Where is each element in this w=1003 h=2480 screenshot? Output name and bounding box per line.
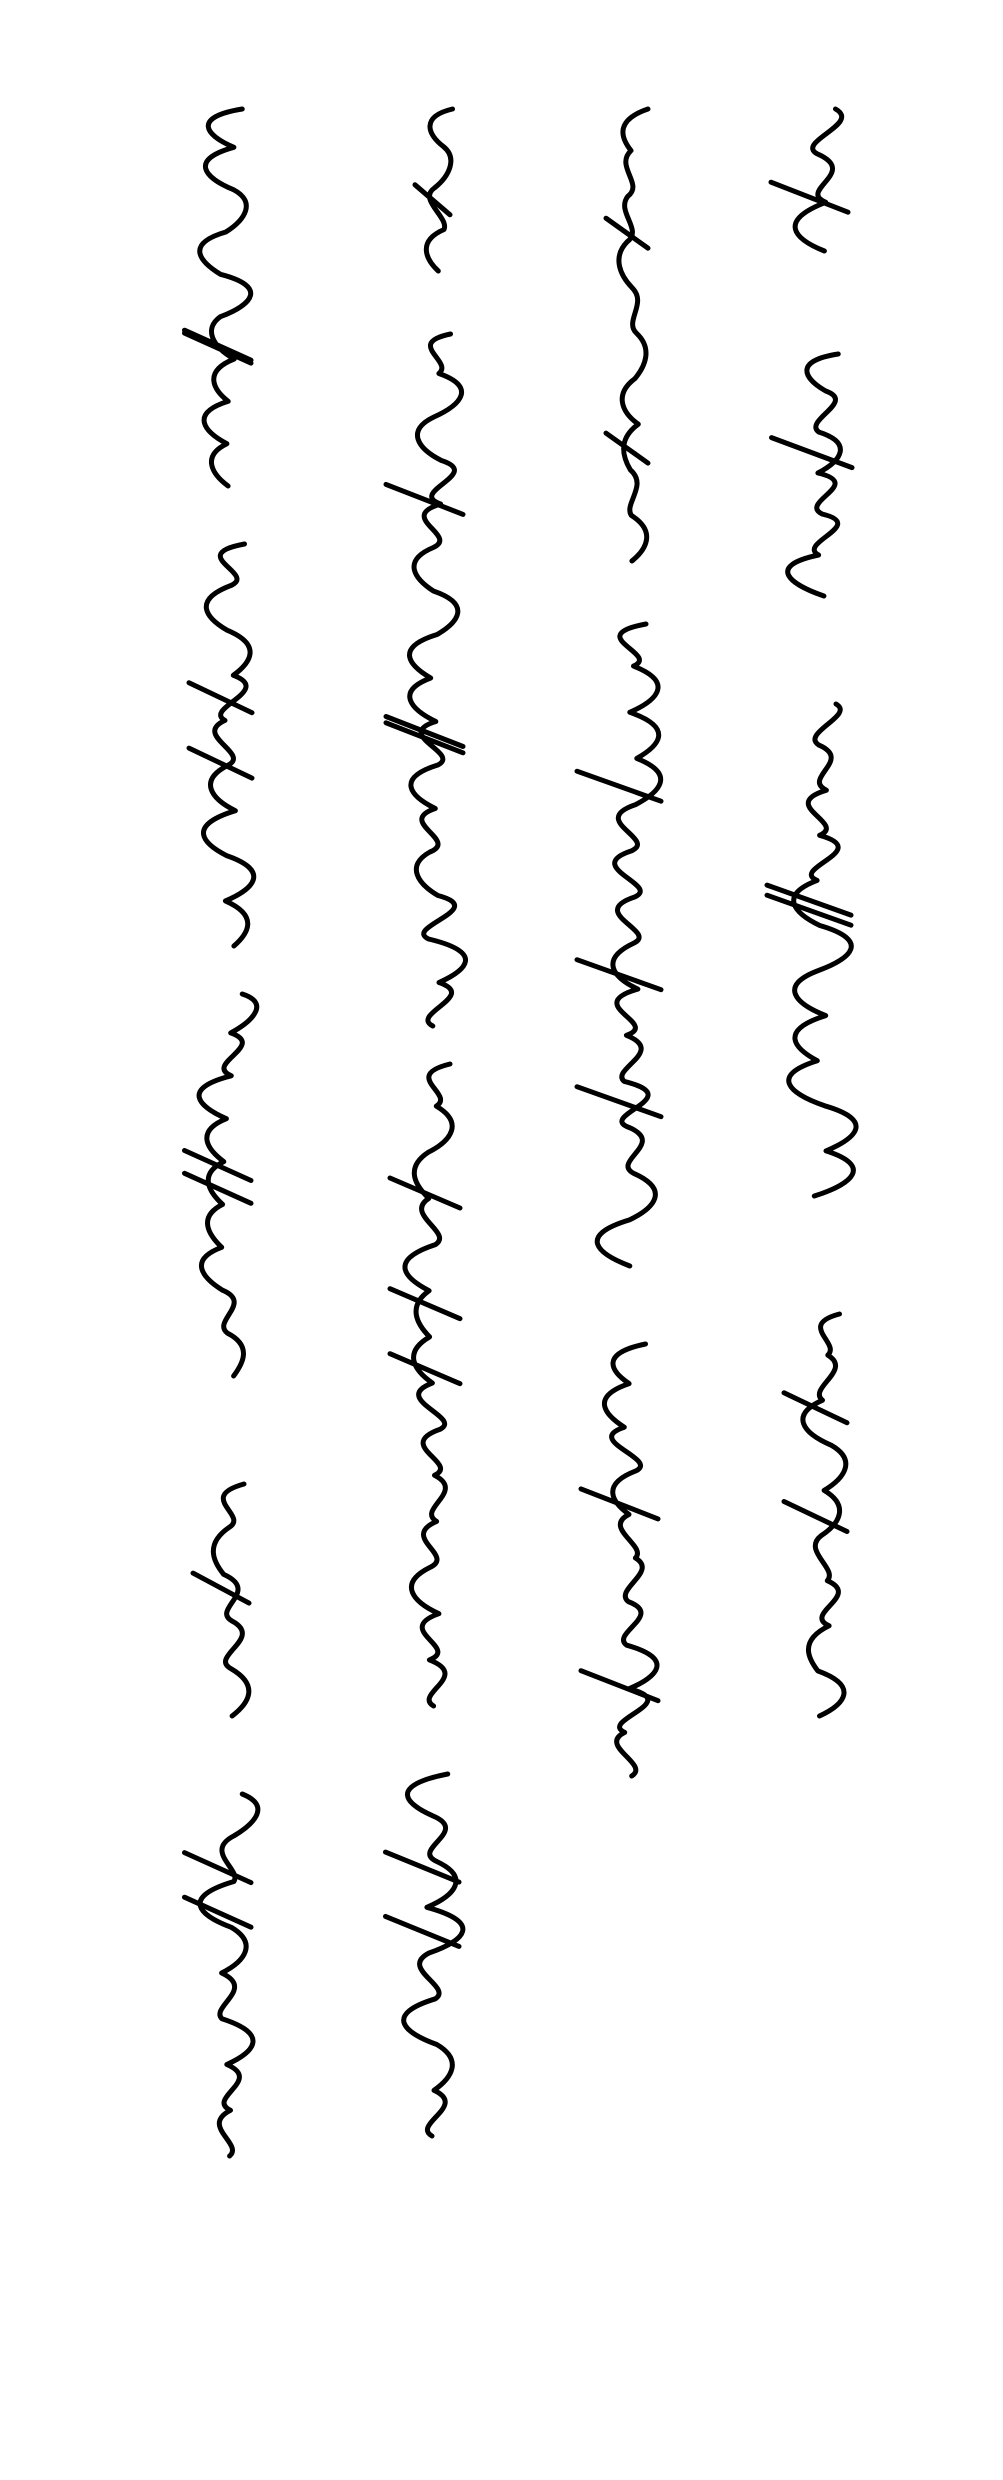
handwritten-word [565,620,685,1270]
ink-stroke [410,105,460,275]
ink-stroke [175,1790,270,2160]
ink-stroke [375,1770,480,2140]
handwritten-word [760,350,875,600]
ink-stroke [775,1310,865,1720]
ink-stroke [570,1340,680,1780]
ink-stroke [375,330,485,1030]
ink-stroke [380,1060,480,1710]
handwritten-word [175,990,270,1380]
ink-stroke [755,700,875,1200]
handwritten-word [175,105,270,490]
handwritten-word [375,330,485,1030]
ink-stroke [175,990,270,1380]
handwritten-page [0,0,1003,2480]
handwritten-word [570,1340,680,1780]
ink-stroke [185,1480,265,1720]
handwritten-word [175,1790,270,2160]
ink-stroke [180,540,270,950]
ink-stroke [760,105,870,255]
ink-stroke [600,105,660,565]
ink-stroke [175,105,270,490]
handwritten-word [375,1770,480,2140]
handwritten-word [755,700,875,1200]
ink-stroke [760,350,875,600]
handwritten-word [185,1480,265,1720]
handwritten-word [600,105,660,565]
handwritten-word [775,1310,865,1720]
ink-stroke [565,620,685,1270]
handwritten-word [180,540,270,950]
handwritten-word [760,105,870,255]
handwritten-word [380,1060,480,1710]
handwritten-word [410,105,460,275]
